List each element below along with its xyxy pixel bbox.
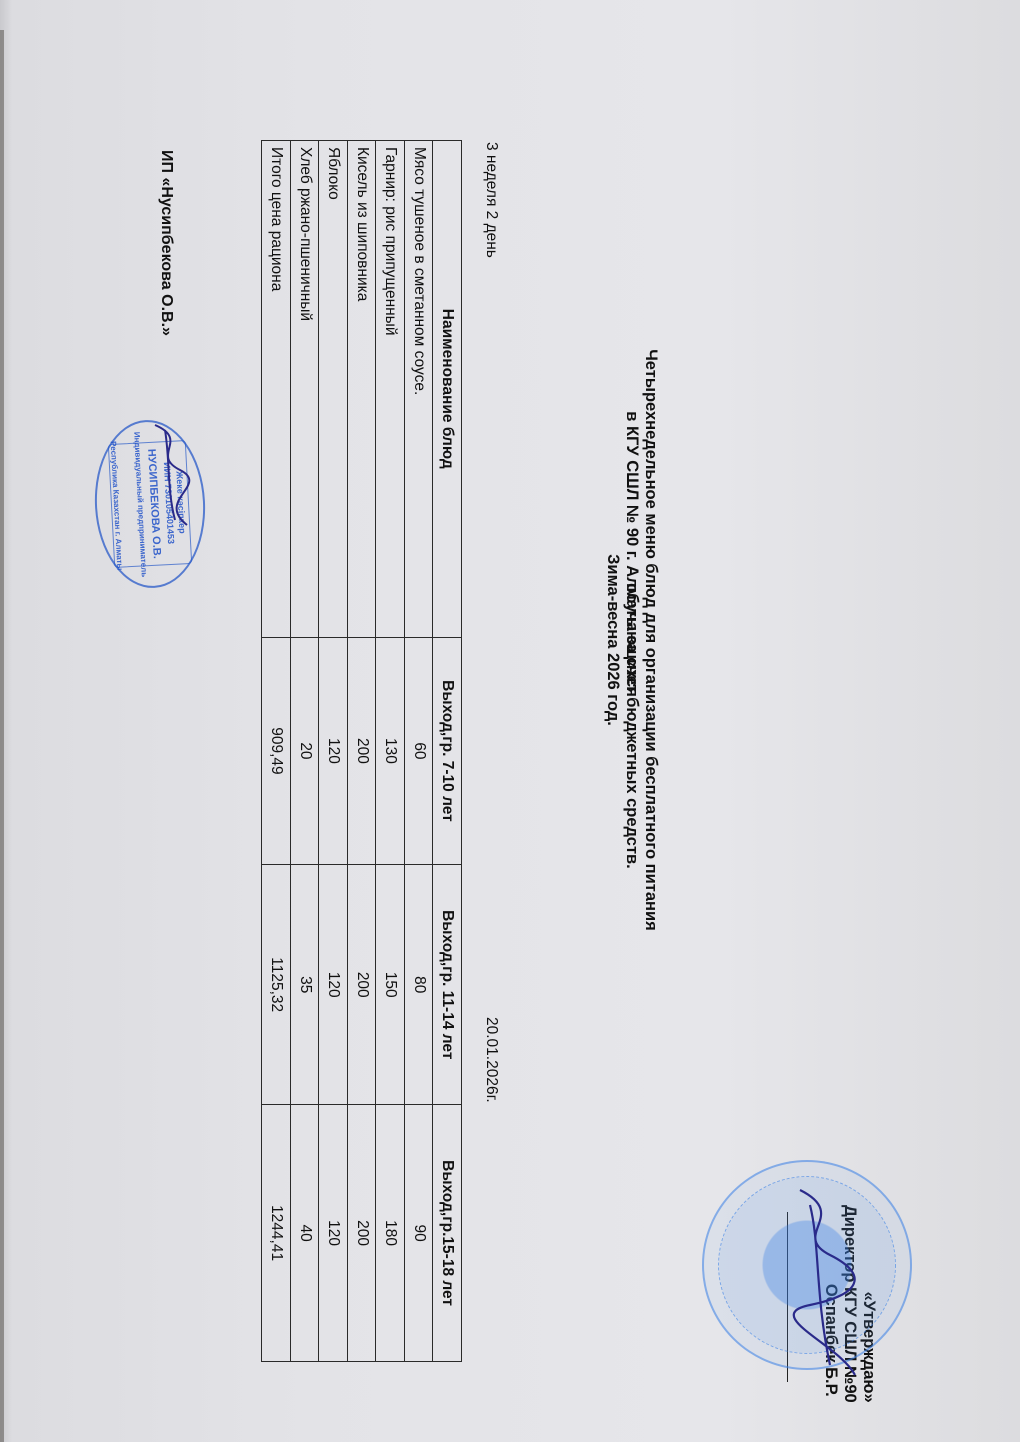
title-line-3: Зима-весна 2026 год. bbox=[603, 300, 622, 980]
yield-7-10: 120 bbox=[319, 637, 348, 865]
header-dish-name: Наименование блюд bbox=[433, 141, 462, 638]
dish-name: Мясо тушеное в сметанном соусе. bbox=[405, 141, 434, 638]
table-total-row: Итого цена рациона 909,49 1125,32 1244,4… bbox=[262, 141, 291, 1362]
yield-15-18: 40 bbox=[291, 1105, 320, 1362]
yield-11-14: 120 bbox=[319, 865, 348, 1105]
menu-table: Наименование блюд Выход,гр. 7-10 лет Вых… bbox=[262, 140, 463, 1362]
yield-11-14: 200 bbox=[348, 865, 377, 1105]
yield-7-10: 200 bbox=[348, 637, 377, 865]
header-yield-15-18: Выход,гр.15-18 лет bbox=[433, 1105, 462, 1362]
yield-15-18: 180 bbox=[376, 1105, 405, 1362]
yield-15-18: 200 bbox=[348, 1105, 377, 1362]
table-row: Яблоко 120 120 120 bbox=[319, 141, 348, 1362]
yield-15-18: 120 bbox=[319, 1105, 348, 1362]
director-signature bbox=[780, 1185, 870, 1385]
table-row: Кисель из шиповника 200 200 200 bbox=[348, 141, 377, 1362]
dish-name: Хлеб ржано-пшеничный bbox=[291, 141, 320, 638]
menu-document: «Утверждаю» Директор КГУ СШЛ №90 Оспанбе… bbox=[0, 0, 1020, 1442]
week-day-label: 3 неделя 2 день bbox=[482, 142, 500, 258]
dish-name: Гарнир: рис припущенный bbox=[376, 141, 405, 638]
title-line-2: в КГУ СШЛ № 90 г. Алматы за счет бюджетн… bbox=[622, 300, 641, 980]
supplier-name: ИП «Нусипбекова О.В.» bbox=[157, 150, 175, 336]
supplier-signature bbox=[145, 420, 195, 530]
yield-7-10: 20 bbox=[291, 637, 320, 865]
yield-15-18: 90 bbox=[405, 1105, 434, 1362]
yield-11-14: 35 bbox=[291, 865, 320, 1105]
header-yield-11-14: Выход,гр. 11-14 лет bbox=[433, 865, 462, 1105]
yield-7-10: 60 bbox=[405, 637, 434, 865]
total-15-18: 1244,41 bbox=[262, 1105, 291, 1362]
total-11-14: 1125,32 bbox=[262, 865, 291, 1105]
dish-name: Яблоко bbox=[319, 141, 348, 638]
table-header-row: Наименование блюд Выход,гр. 7-10 лет Вых… bbox=[433, 141, 462, 1362]
total-label: Итого цена рациона bbox=[262, 141, 291, 638]
header-yield-7-10: Выход,гр. 7-10 лет bbox=[433, 637, 462, 865]
menu-date: 20.01.2026г. bbox=[482, 1017, 500, 1103]
table-row: Мясо тушеное в сметанном соусе. 60 80 90 bbox=[405, 141, 434, 1362]
yield-7-10: 130 bbox=[376, 637, 405, 865]
yield-11-14: 150 bbox=[376, 865, 405, 1105]
dish-name: Кисель из шиповника bbox=[348, 141, 377, 638]
table-row: Хлеб ржано-пшеничный 20 35 40 bbox=[291, 141, 320, 1362]
total-7-10: 909,49 bbox=[262, 637, 291, 865]
yield-11-14: 80 bbox=[405, 865, 434, 1105]
table-row: Гарнир: рис припущенный 130 150 180 bbox=[376, 141, 405, 1362]
